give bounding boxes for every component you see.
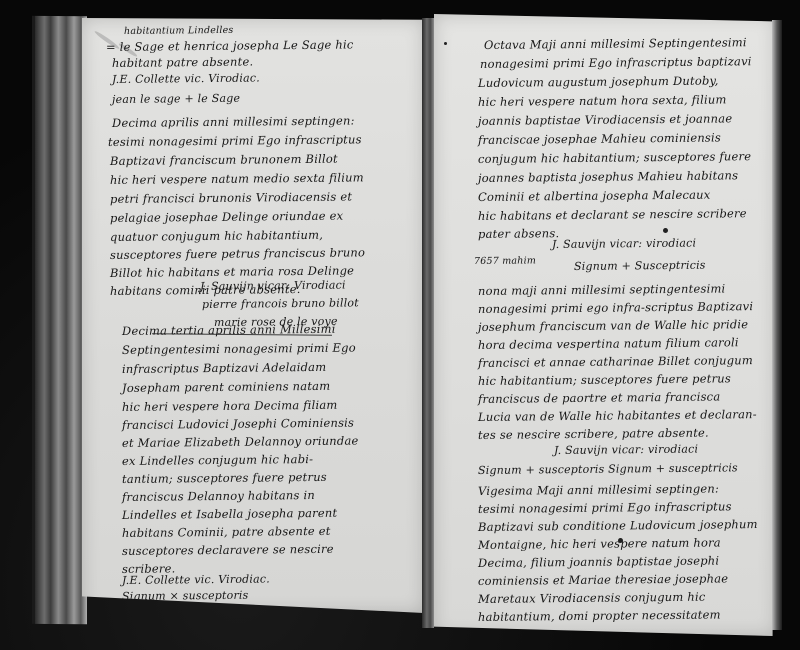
signature-marks-godparents: Signum + susceptoris Signum + susceptric… bbox=[478, 461, 738, 477]
signature-priest: J.E. Collette vic. Virodiac. bbox=[122, 572, 270, 587]
entry-2-line: ex Lindelles conjugum hic habi- bbox=[122, 452, 313, 468]
entry-3-line: nonagesimi primi Ego infrascriptus bapti… bbox=[480, 54, 752, 71]
left-page: habitantium Lindelles = le Sage et henri… bbox=[82, 18, 424, 613]
entry-4-line: franciscus de paortre et maria francisca bbox=[478, 389, 720, 406]
entry-1-line: susceptores fuere petrus franciscus brun… bbox=[110, 245, 365, 262]
signature-priest: J. Sauvijn vicar: virodiaci bbox=[552, 236, 696, 251]
entry-2-line: Decima tertia aprilis anni Millesimi bbox=[122, 322, 336, 338]
signature-mark-godmother: Signum × susceptricis bbox=[122, 603, 252, 617]
entry-1-line: Baptizavi franciscum brunonem Billot bbox=[110, 152, 338, 168]
entry-5-line: Montaigne, hic heri vespere natum hora bbox=[478, 535, 721, 552]
entry-2-line: habitans Cominii, patre absente et bbox=[122, 524, 331, 540]
entry-4-line: Lucia van de Walle hic habitantes et dec… bbox=[478, 407, 757, 424]
entry-2-line: infrascriptus Baptizavi Adelaidam bbox=[122, 360, 326, 376]
entry-2-line: susceptores declaravere se nescire bbox=[122, 542, 334, 558]
entry-3-line: Ludovicum augustum josephum Dutoby, bbox=[478, 73, 719, 90]
right-page: Octava Maji anni millesimi Septingentesi… bbox=[434, 14, 776, 636]
entry-3-line: hic habitans et declarant se nescire scr… bbox=[478, 206, 747, 223]
page-edge-right bbox=[772, 20, 782, 630]
entry-4-line: tes se nescire scribere, patre absente. bbox=[478, 426, 709, 442]
entry-2-line: Septingentesimi nonagesimi primi Ego bbox=[122, 341, 356, 357]
signature-priest: J. Sauvijn vicar: Virodiaci bbox=[200, 278, 346, 293]
entry-5-line: Vigesima Maji anni millesimi septingen: bbox=[478, 481, 719, 498]
ink-blot bbox=[663, 228, 668, 233]
entry-2-line: et Mariae Elizabeth Delannoy oriundae bbox=[122, 434, 359, 450]
entry-2-line: hic heri vespere hora Decima filiam bbox=[122, 398, 338, 414]
entry-2-line: Josepham parent cominiens natam bbox=[122, 379, 330, 395]
entry-1-line: petri francisci brunonis Virodiacensis e… bbox=[110, 189, 352, 206]
signature-priest: J.E. Collette vic. Virodiac. bbox=[112, 71, 260, 86]
handwritten-line: habitantium Lindelles bbox=[124, 25, 234, 37]
entry-4-line: hora decima vespertina natum filium caro… bbox=[478, 335, 739, 352]
entry-5-line: tesimi nonagesimi primi Ego infrascriptu… bbox=[478, 499, 732, 516]
book-gutter bbox=[422, 18, 434, 628]
signature-mark-godmother: Signum + Susceptricis bbox=[574, 259, 706, 273]
entry-3-line: franciscae josephae Mahieu cominiensis bbox=[478, 130, 721, 147]
entry-1-line: quatuor conjugum hic habitantium, bbox=[110, 228, 323, 244]
ink-speck bbox=[444, 42, 447, 45]
entry-1-line: pelagiae josephae Delinge oriundae ex bbox=[110, 209, 343, 225]
handwritten-line: habitant patre absente. bbox=[112, 55, 253, 70]
entry-1-line: Decima aprilis anni millesimi septingen: bbox=[112, 113, 355, 130]
signature-mark-godfather: Signum × susceptoris bbox=[122, 589, 249, 603]
entry-4-line: josephum franciscum van de Walle hic pri… bbox=[478, 317, 748, 334]
entry-4-line: nona maji anni millesimi septingentesimi bbox=[478, 281, 726, 298]
entry-5-line: habitantium, domi propter necessitatem bbox=[478, 607, 721, 624]
entry-3-line: joannis baptistae Virodiacensis et joann… bbox=[478, 111, 732, 128]
ink-blot bbox=[618, 538, 623, 543]
entry-3-line: Octava Maji anni millesimi Septingentesi… bbox=[484, 35, 747, 52]
entry-4-line: francisci et annae catharinae Billet con… bbox=[478, 353, 753, 370]
entry-1-line: tesimi nonagesimi primi Ego infrascriptu… bbox=[108, 132, 362, 149]
entry-4-line: hic habitantium; susceptores fuere petru… bbox=[478, 371, 731, 388]
entry-3-line: pater absens. bbox=[478, 226, 559, 241]
book-page-edges bbox=[32, 16, 87, 624]
entry-3-line: Cominii et albertina josepha Malecaux bbox=[478, 188, 711, 204]
entry-5-line: Maretaux Virodiacensis conjugum hic bbox=[478, 590, 706, 606]
signature-godparents: jean le sage + le Sage bbox=[112, 92, 240, 106]
entry-5-line: Decima, filium joannis baptistae josephi bbox=[478, 553, 719, 570]
entry-2-line: Lindelles et Isabella josepha parent bbox=[122, 506, 337, 522]
entry-1-line: Billot hic habitans et maria rosa Deling… bbox=[110, 263, 354, 280]
entry-2-line: francisci Ludovici Josephi Cominiensis bbox=[122, 416, 354, 432]
entry-2-line: franciscus Delannoy habitans in bbox=[122, 488, 315, 504]
margin-note: 7657 mahim bbox=[474, 255, 536, 267]
entry-3-line: conjugum hic habitantium; susceptores fu… bbox=[478, 149, 751, 166]
entry-1-line: hic heri vespere natum medio sexta filiu… bbox=[110, 170, 364, 187]
entry-4-line: nonagesimi primi ego infra-scriptus Bapt… bbox=[478, 299, 753, 316]
signature-priest: J. Sauvijn vicar: virodiaci bbox=[554, 442, 698, 457]
scan-viewer: habitantium Lindelles = le Sage et henri… bbox=[0, 0, 800, 650]
signature-godfather: pierre francois bruno billot bbox=[202, 296, 359, 311]
entry-5-line: cominiensis et Mariae theresiae josephae bbox=[478, 571, 728, 588]
entry-3-line: hic heri vespere natum hora sexta, filiu… bbox=[478, 92, 727, 109]
handwritten-line: = le Sage et henrica josepha Le Sage hic bbox=[106, 37, 354, 54]
entry-5-line: Baptizavi sub conditione Ludovicum josep… bbox=[478, 517, 758, 534]
entry-3-line: joannes baptista josephus Mahieu habitan… bbox=[478, 168, 738, 185]
entry-2-line: tantium; susceptores fuere petrus bbox=[122, 470, 327, 486]
